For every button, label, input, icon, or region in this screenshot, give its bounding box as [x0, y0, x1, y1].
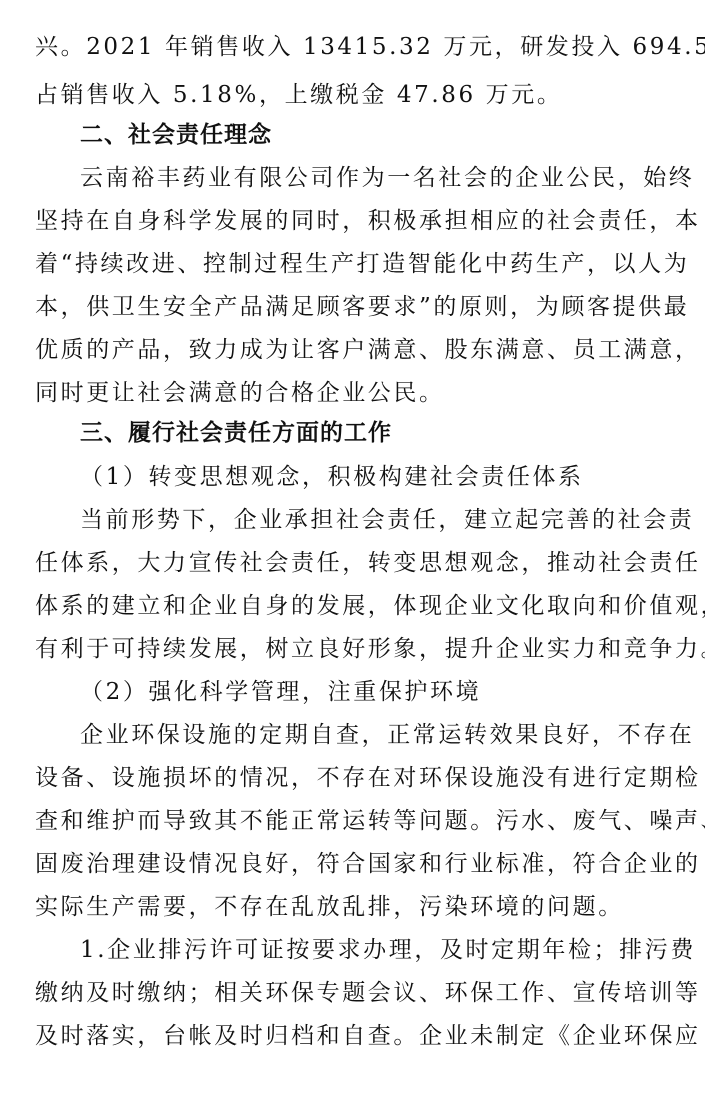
paragraph-line: 企业环保设施的定期自查，正常运转效果良好，不存在: [80, 720, 694, 750]
paragraph-line: 兴。2021 年销售收入 13415.32 万元，研发投入 694.57 万元，: [35, 32, 705, 62]
paragraph-line: 体系的建立和企业自身的发展，体现企业文化取向和价值观，: [35, 591, 705, 621]
paragraph-line: 有利于可持续发展，树立良好形象，提升企业实力和竞争力。: [35, 634, 705, 664]
subsection-heading: （1）转变思想观念，积极构建社会责任体系: [80, 462, 584, 492]
section-heading: 三、履行社会责任方面的工作: [80, 418, 392, 448]
paragraph-line: 固废治理建设情况良好，符合国家和行业标准，符合企业的: [35, 849, 701, 879]
paragraph-line: 着“持续改进、控制过程生产打造智能化中药生产，以人为: [35, 249, 689, 279]
paragraph-line: 本，供卫生安全产品满足顾客要求”的原则，为顾客提供最: [35, 292, 689, 322]
subsection-heading: （2）强化科学管理，注重保护环境: [80, 677, 481, 707]
paragraph-line: 实际生产需要，不存在乱放乱排，污染环境的问题。: [35, 892, 624, 922]
paragraph-line: 坚持在自身科学发展的同时，积极承担相应的社会责任，本: [35, 206, 701, 236]
paragraph-line: 优质的产品，致力成为让客户满意、股东满意、员工满意，: [35, 335, 701, 365]
paragraph-line: 当前形势下，企业承担社会责任，建立起完善的社会责: [80, 505, 694, 535]
paragraph-line: 任体系，大力宣传社会责任，转变思想观念，推动社会责任: [35, 548, 701, 578]
paragraph-line: 缴纳及时缴纳；相关环保专题会议、环保工作、宣传培训等: [35, 978, 701, 1008]
paragraph-line: 占销售收入 5.18%，上缴税金 47.86 万元。: [35, 80, 562, 110]
paragraph-line: 及时落实，台帐及时归档和自查。企业未制定《企业环保应: [35, 1021, 701, 1051]
paragraph-line: 设备、设施损坏的情况，不存在对环保设施没有进行定期检: [35, 763, 701, 793]
paragraph-line: 1.企业排污许可证按要求办理，及时定期年检；排污费: [80, 935, 696, 965]
document-page: 兴。2021 年销售收入 13415.32 万元，研发投入 694.57 万元，…: [0, 0, 705, 1119]
paragraph-line: 云南裕丰药业有限公司作为一名社会的企业公民，始终: [80, 163, 694, 193]
section-heading: 二、社会责任理念: [80, 120, 272, 150]
paragraph-line: 同时更让社会满意的合格企业公民。: [35, 378, 445, 408]
paragraph-line: 查和维护而导致其不能正常运转等问题。污水、废气、噪声、: [35, 806, 705, 836]
